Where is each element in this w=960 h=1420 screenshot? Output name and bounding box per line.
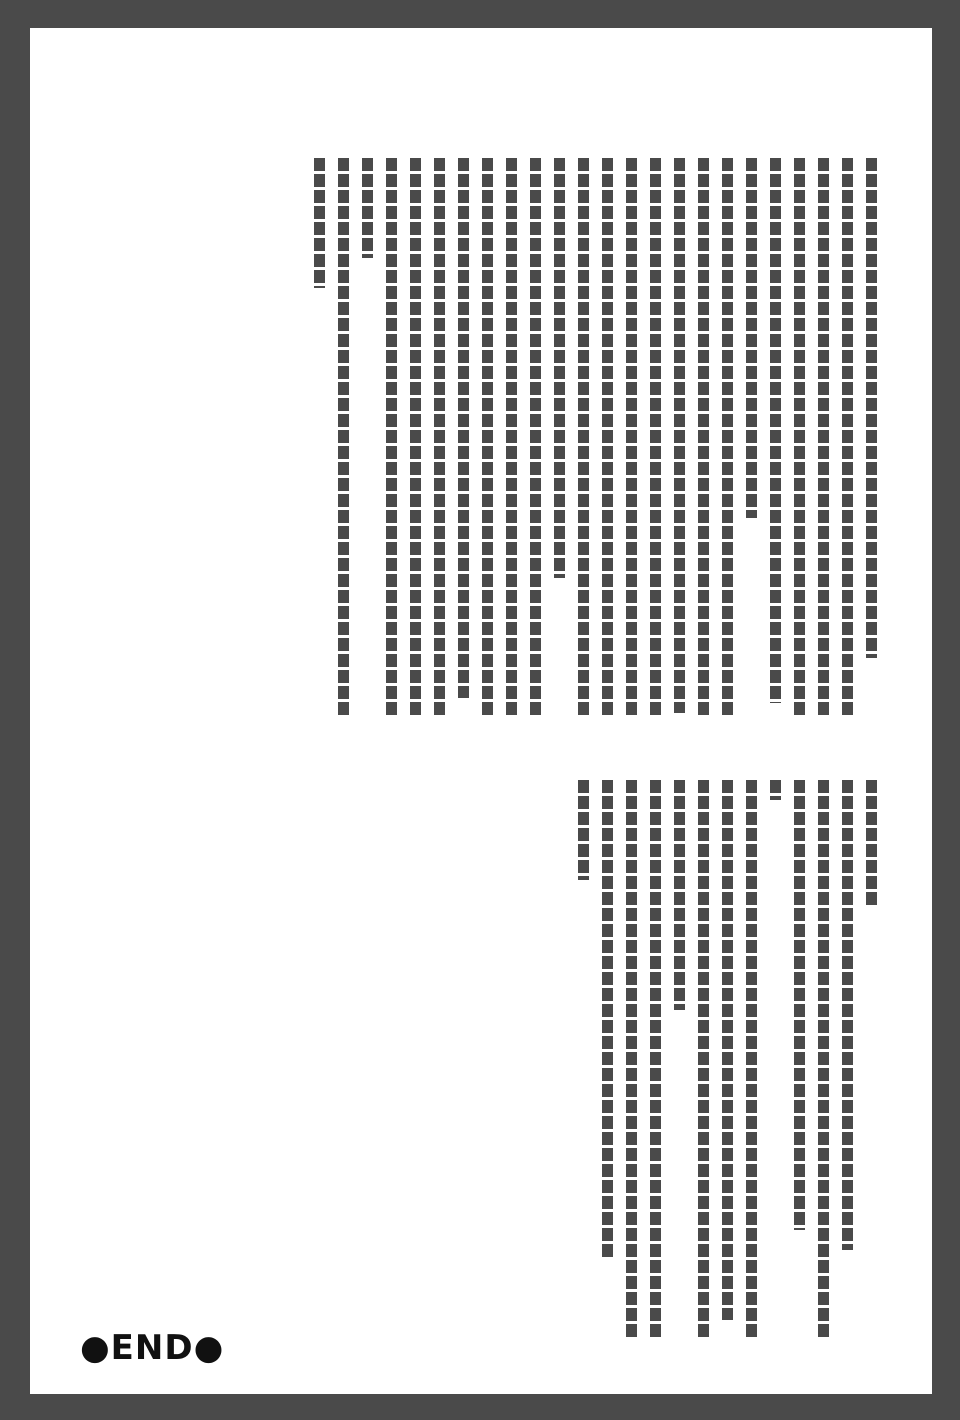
text-column bbox=[722, 780, 733, 1320]
text-column bbox=[674, 780, 685, 1010]
text-column bbox=[842, 780, 853, 1250]
page: ●END● bbox=[30, 28, 932, 1394]
text-column bbox=[842, 158, 853, 718]
text-column bbox=[650, 158, 661, 718]
text-column bbox=[746, 158, 757, 518]
text-column bbox=[314, 158, 325, 288]
text-column bbox=[626, 158, 637, 718]
text-column bbox=[866, 780, 877, 905]
text-column bbox=[386, 158, 397, 718]
text-column bbox=[794, 780, 805, 1230]
text-column bbox=[362, 158, 373, 258]
text-column bbox=[530, 158, 541, 718]
text-column bbox=[482, 158, 493, 718]
text-column bbox=[434, 158, 445, 718]
text-column bbox=[818, 158, 829, 718]
text-column bbox=[746, 780, 757, 1340]
end-mark: ●END● bbox=[80, 1328, 224, 1368]
text-column bbox=[818, 780, 829, 1340]
text-column bbox=[674, 158, 685, 713]
text-column bbox=[770, 780, 781, 800]
text-column bbox=[698, 780, 709, 1340]
text-column bbox=[458, 158, 469, 698]
text-column bbox=[338, 158, 349, 718]
text-column bbox=[602, 158, 613, 718]
text-column bbox=[578, 158, 589, 718]
text-column bbox=[602, 780, 613, 1260]
text-column bbox=[626, 780, 637, 1340]
text-column bbox=[578, 780, 589, 880]
text-column bbox=[506, 158, 517, 718]
text-column bbox=[698, 158, 709, 718]
text-column bbox=[794, 158, 805, 718]
text-column bbox=[866, 158, 877, 658]
text-column bbox=[722, 158, 733, 718]
text-column bbox=[554, 158, 565, 578]
text-column bbox=[650, 780, 661, 1340]
text-column bbox=[770, 158, 781, 703]
lower-text-block bbox=[578, 780, 877, 1340]
text-column bbox=[410, 158, 421, 718]
upper-text-block bbox=[314, 158, 877, 718]
